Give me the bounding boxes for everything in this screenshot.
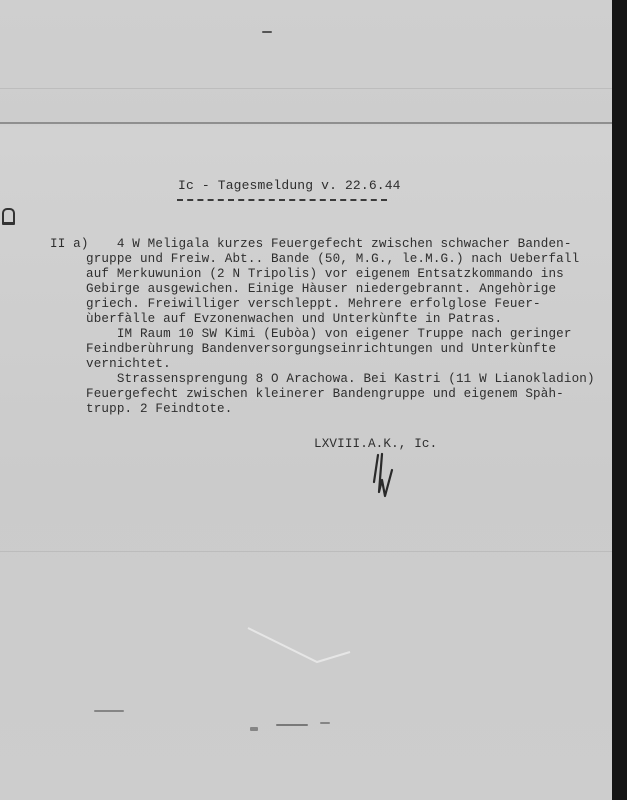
sign-off: LXVIII.A.K., Ic.	[314, 437, 437, 451]
body-line: auf Merkuwunion (2 N Tripolis) vor eigen…	[86, 267, 564, 282]
body-line: Strassensprengung 8 O Arachowa. Bei Kast…	[86, 372, 595, 387]
body-line: Feuergefecht zwischen kleinerer Bandengr…	[86, 387, 564, 402]
body-line: Gebirge ausgewichen. Einige Hàuser niede…	[86, 282, 556, 297]
body-line: vernichtet.	[86, 357, 171, 372]
body-line: gruppe und Freiw. Abt.. Bande (50, M.G.,…	[86, 252, 579, 267]
title-underline	[177, 199, 387, 201]
body-line: Feindberùhrung Bandenversorgungseinricht…	[86, 342, 556, 357]
section-label: II a)	[50, 237, 89, 251]
body-line: 4 W Meligala kurzes Feuergefecht zwische…	[86, 237, 572, 252]
document-title: Ic - Tagesmeldung v. 22.6.44	[178, 178, 401, 193]
body-line: griech. Freiwilliger verschleppt. Mehrer…	[86, 297, 541, 312]
handwritten-signature-icon	[370, 452, 400, 502]
scanned-page: Ic - Tagesmeldung v. 22.6.44 II a) 4 W M…	[0, 0, 612, 800]
scan-border	[612, 0, 627, 800]
body-line: IM Raum 10 SW Kimi (Eubòa) von eigener T…	[86, 327, 572, 342]
document-body: Ic - Tagesmeldung v. 22.6.44 II a) 4 W M…	[0, 0, 612, 800]
body-line: ùberfàlle auf Evzonenwachen und Unterkùn…	[86, 312, 502, 327]
body-line: trupp. 2 Feindtote.	[86, 402, 232, 417]
